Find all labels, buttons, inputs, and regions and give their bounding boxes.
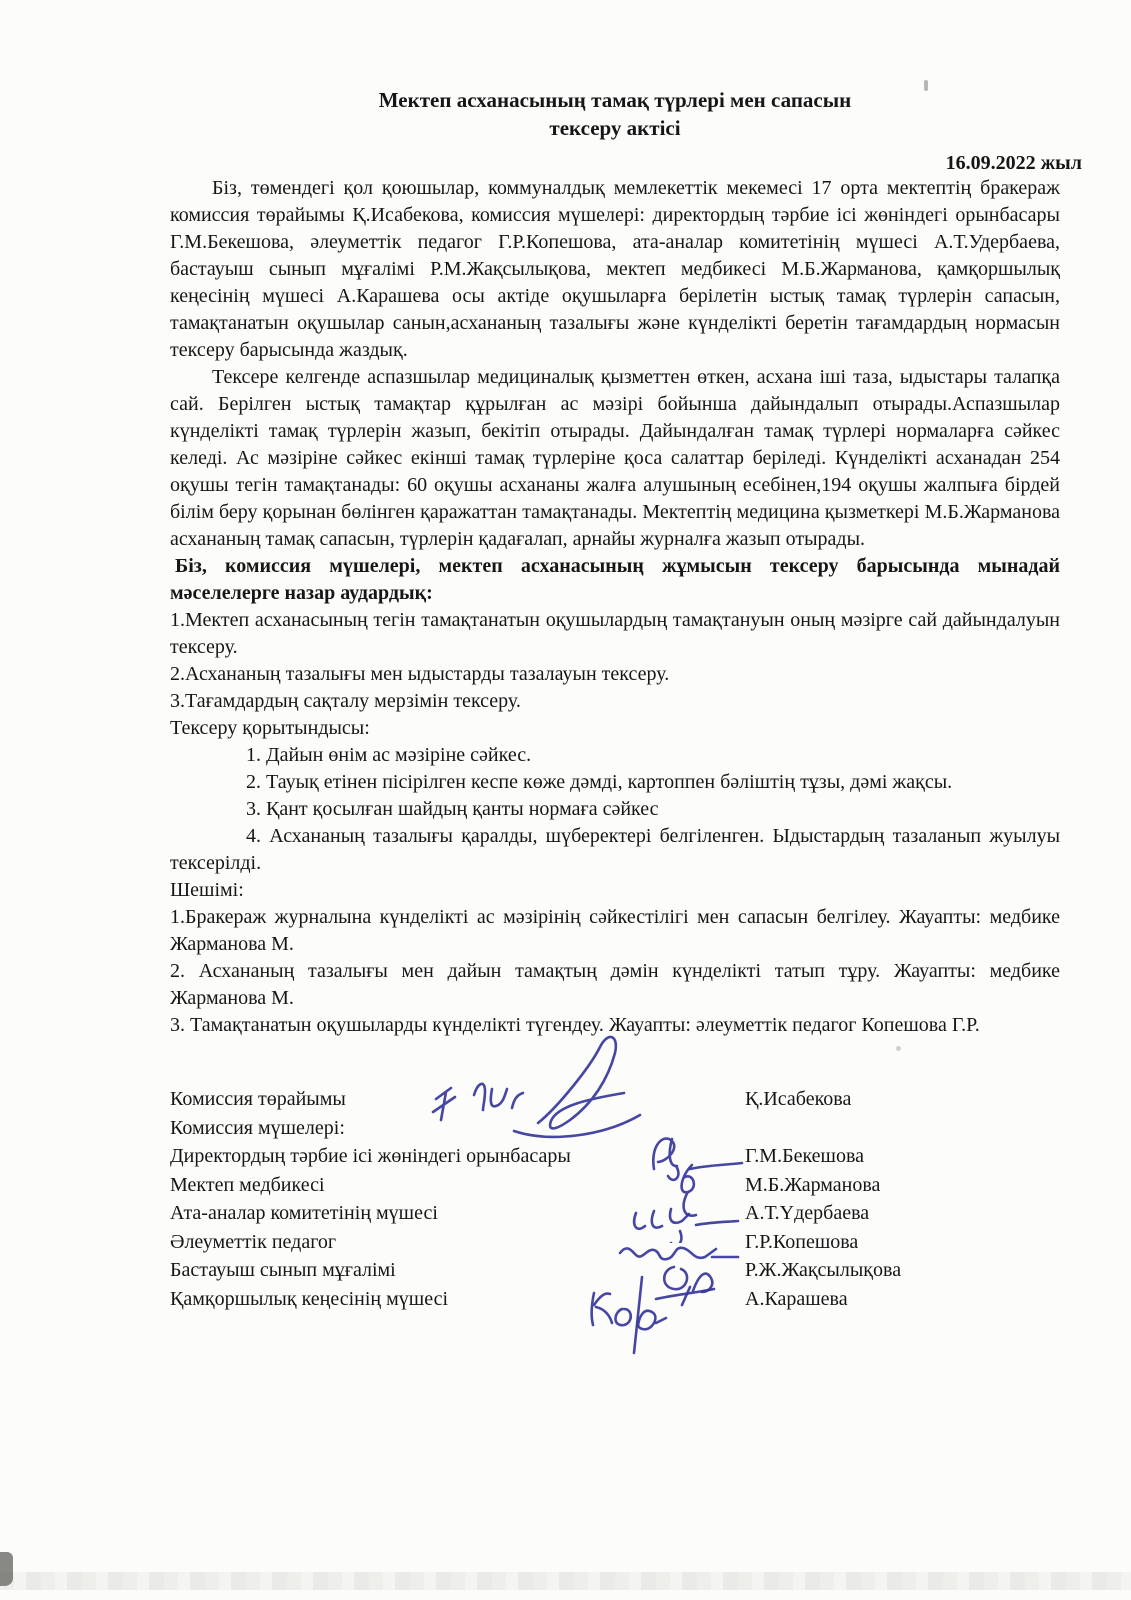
signatory-name: Г.Р.Копешова	[745, 1228, 858, 1257]
check-item-3: 3.Тағамдардың сақталу мерзімін тексеру.	[170, 688, 1060, 715]
signatory-name: М.Б.Жарманова	[745, 1171, 880, 1200]
scanned-document-page: Мектеп асханасының тамақ түрлері мен сап…	[0, 0, 1131, 1600]
result-item-4: 4. Асхананың тазалығы қаралды, шүберекте…	[170, 823, 1060, 877]
commission-focus-statement: Біз, комиссия мүшелері, мектеп асханасын…	[170, 553, 1060, 607]
signature-row-label: Қамқоршылық кеңесінің мүшесі	[170, 1288, 448, 1310]
intro-paragraph: Біз, төмендегі қол қоюшылар, коммуналдық…	[170, 175, 1060, 364]
signature-row-nurse: Мектеп медбикесі М.Б.Жарманова	[170, 1171, 1060, 1200]
signature-row-label: Бастауыш сынып мұғалімі	[170, 1259, 396, 1281]
result-item-1: 1. Дайын өнім ас мәзіріне сәйкес.	[170, 742, 1060, 769]
decision-item-3: 3. Тамақтанатын оқушыларды күнделікті тү…	[170, 1012, 1060, 1039]
inspection-paragraph: Тексере келгенде аспазшылар медициналық …	[170, 364, 1060, 553]
signature-row-label: Әлеуметтік педагог	[170, 1231, 336, 1253]
document-title: Мектеп асханасының тамақ түрлері мен сап…	[170, 86, 1060, 142]
signature-row-pedagog: Әлеуметтік педагог Г.Р.Копешова	[170, 1228, 1060, 1257]
result-item-2: 2. Тауық етінен пісірілген кеспе көже дә…	[170, 769, 1060, 796]
signatory-name: А.Карашева	[745, 1285, 848, 1314]
signatory-name: А.Т.Үдербаева	[745, 1199, 869, 1228]
document-date: 16.09.2022 жыл	[170, 152, 1082, 175]
signatory-name: Г.М.Бекешова	[745, 1142, 864, 1171]
signature-row-trustee: Қамқоршылық кеңесінің мүшесі А.Карашева	[170, 1285, 1060, 1314]
signature-row-label: Директордың тәрбие ісі жөніндегі орынбас…	[170, 1145, 571, 1167]
scan-edge-band	[0, 1572, 1131, 1590]
decision-item-2: 2. Асхананың тазалығы мен дайын тамақтың…	[170, 958, 1060, 1012]
title-line-2: тексеру актісі	[170, 114, 1060, 142]
decision-heading: Шешімі:	[170, 877, 1060, 904]
scan-corner-mark	[0, 1552, 13, 1586]
signature-row-members: Комиссия мүшелері:	[170, 1114, 1060, 1143]
results-heading: Тексеру қорытындысы:	[170, 715, 1060, 742]
check-item-2: 2.Асхананың тазалығы мен ыдыстарды тазал…	[170, 661, 1060, 688]
signature-row-teacher: Бастауыш сынып мұғалімі Р.Ж.Жақсылықова	[170, 1256, 1060, 1285]
check-item-1: 1.Мектеп асханасының тегін тамақтанатын …	[170, 607, 1060, 661]
signature-row-label: Ата-аналар комитетінің мүшесі	[170, 1202, 438, 1224]
signatory-name: Қ.Исабекова	[745, 1085, 851, 1114]
signature-row-deputy: Директордың тәрбие ісі жөніндегі орынбас…	[170, 1142, 1060, 1171]
scan-speck	[896, 1046, 901, 1051]
result-item-3: 3. Қант қосылған шайдың қанты нормаға сә…	[170, 796, 1060, 823]
signature-row-chair: Комиссия төрайымы Қ.Исабекова	[170, 1085, 1060, 1114]
scan-speck	[1006, 184, 1011, 189]
document-content: Мектеп асханасының тамақ түрлері мен сап…	[170, 86, 1060, 1313]
decision-item-1: 1.Бракераж журналына күнделікті ас мәзір…	[170, 904, 1060, 958]
signature-row-label: Мектеп медбикесі	[170, 1174, 325, 1196]
signature-row-parent: Ата-аналар комитетінің мүшесі А.Т.Үдерба…	[170, 1199, 1060, 1228]
signature-row-label: Комиссия мүшелері:	[170, 1117, 345, 1139]
signature-row-label: Комиссия төрайымы	[170, 1088, 346, 1110]
signatory-name: Р.Ж.Жақсылықова	[745, 1256, 901, 1285]
scan-speck	[924, 80, 928, 91]
signature-block: Комиссия төрайымы Қ.Исабекова Комиссия м…	[170, 1085, 1060, 1313]
